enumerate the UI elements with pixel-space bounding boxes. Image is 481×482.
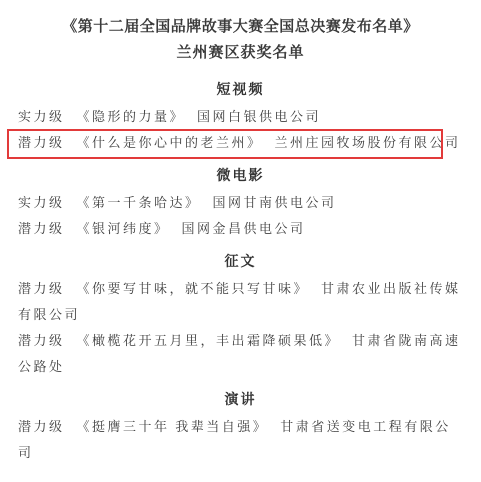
award-level: 潜力级 (18, 221, 65, 236)
award-level: 实力级 (18, 109, 65, 124)
work-title: 《橄榄花开五月里，丰出霜降硕果低》 (77, 333, 341, 348)
work-title: 《挺膺三十年 我辈当自强》 (77, 419, 269, 434)
work-title: 《银河纬度》 (77, 221, 170, 236)
section-heading: 征文 (18, 250, 463, 276)
section-short-video: 短视频 实力级《隐形的力量》国网白银供电公司 潜力级《什么是你心中的老兰州》兰州… (18, 78, 463, 156)
award-row: 潜力级《橄榄花开五月里，丰出霜降硕果低》甘肃省陇南高速公路处 (18, 328, 463, 380)
award-organization: 兰州庄园牧场股份有限公司 (275, 135, 461, 150)
award-row: 潜力级《银河纬度》国网金昌供电公司 (18, 216, 463, 242)
section-heading: 短视频 (18, 78, 463, 104)
award-organization: 国网金昌供电公司 (182, 221, 306, 236)
award-organization: 国网白银供电公司 (197, 109, 321, 124)
award-row: 实力级《隐形的力量》国网白银供电公司 (18, 104, 463, 130)
award-row: 潜力级《你要写甘味，就不能只写甘味》甘肃农业出版社传媒有限公司 (18, 276, 463, 328)
document-page: 《第十二届全国品牌故事大赛全国总决赛发布名单》 兰州赛区获奖名单 短视频 实力级… (0, 0, 481, 482)
document-title: 《第十二届全国品牌故事大赛全国总决赛发布名单》 (18, 14, 463, 40)
award-level: 潜力级 (18, 281, 65, 296)
award-organization: 国网甘南供电公司 (213, 195, 337, 210)
work-title: 《你要写甘味，就不能只写甘味》 (77, 281, 310, 296)
work-title: 《隐形的力量》 (77, 109, 186, 124)
award-level: 潜力级 (18, 419, 65, 434)
document-subtitle: 兰州赛区获奖名单 (18, 40, 463, 66)
section-speech: 演讲 潜力级《挺膺三十年 我辈当自强》甘肃省送变电工程有限公司 (18, 388, 463, 466)
award-level: 潜力级 (18, 135, 65, 150)
award-level: 实力级 (18, 195, 65, 210)
award-row: 实力级《第一千条哈达》国网甘南供电公司 (18, 190, 463, 216)
award-level: 潜力级 (18, 333, 65, 348)
award-row-highlighted: 潜力级《什么是你心中的老兰州》兰州庄园牧场股份有限公司 (18, 130, 463, 156)
section-heading: 微电影 (18, 164, 463, 190)
section-heading: 演讲 (18, 388, 463, 414)
work-title: 《什么是你心中的老兰州》 (77, 135, 263, 150)
section-micro-film: 微电影 实力级《第一千条哈达》国网甘南供电公司 潜力级《银河纬度》国网金昌供电公… (18, 164, 463, 242)
work-title: 《第一千条哈达》 (77, 195, 201, 210)
award-row: 潜力级《挺膺三十年 我辈当自强》甘肃省送变电工程有限公司 (18, 414, 463, 466)
section-essay: 征文 潜力级《你要写甘味，就不能只写甘味》甘肃农业出版社传媒有限公司 潜力级《橄… (18, 250, 463, 380)
